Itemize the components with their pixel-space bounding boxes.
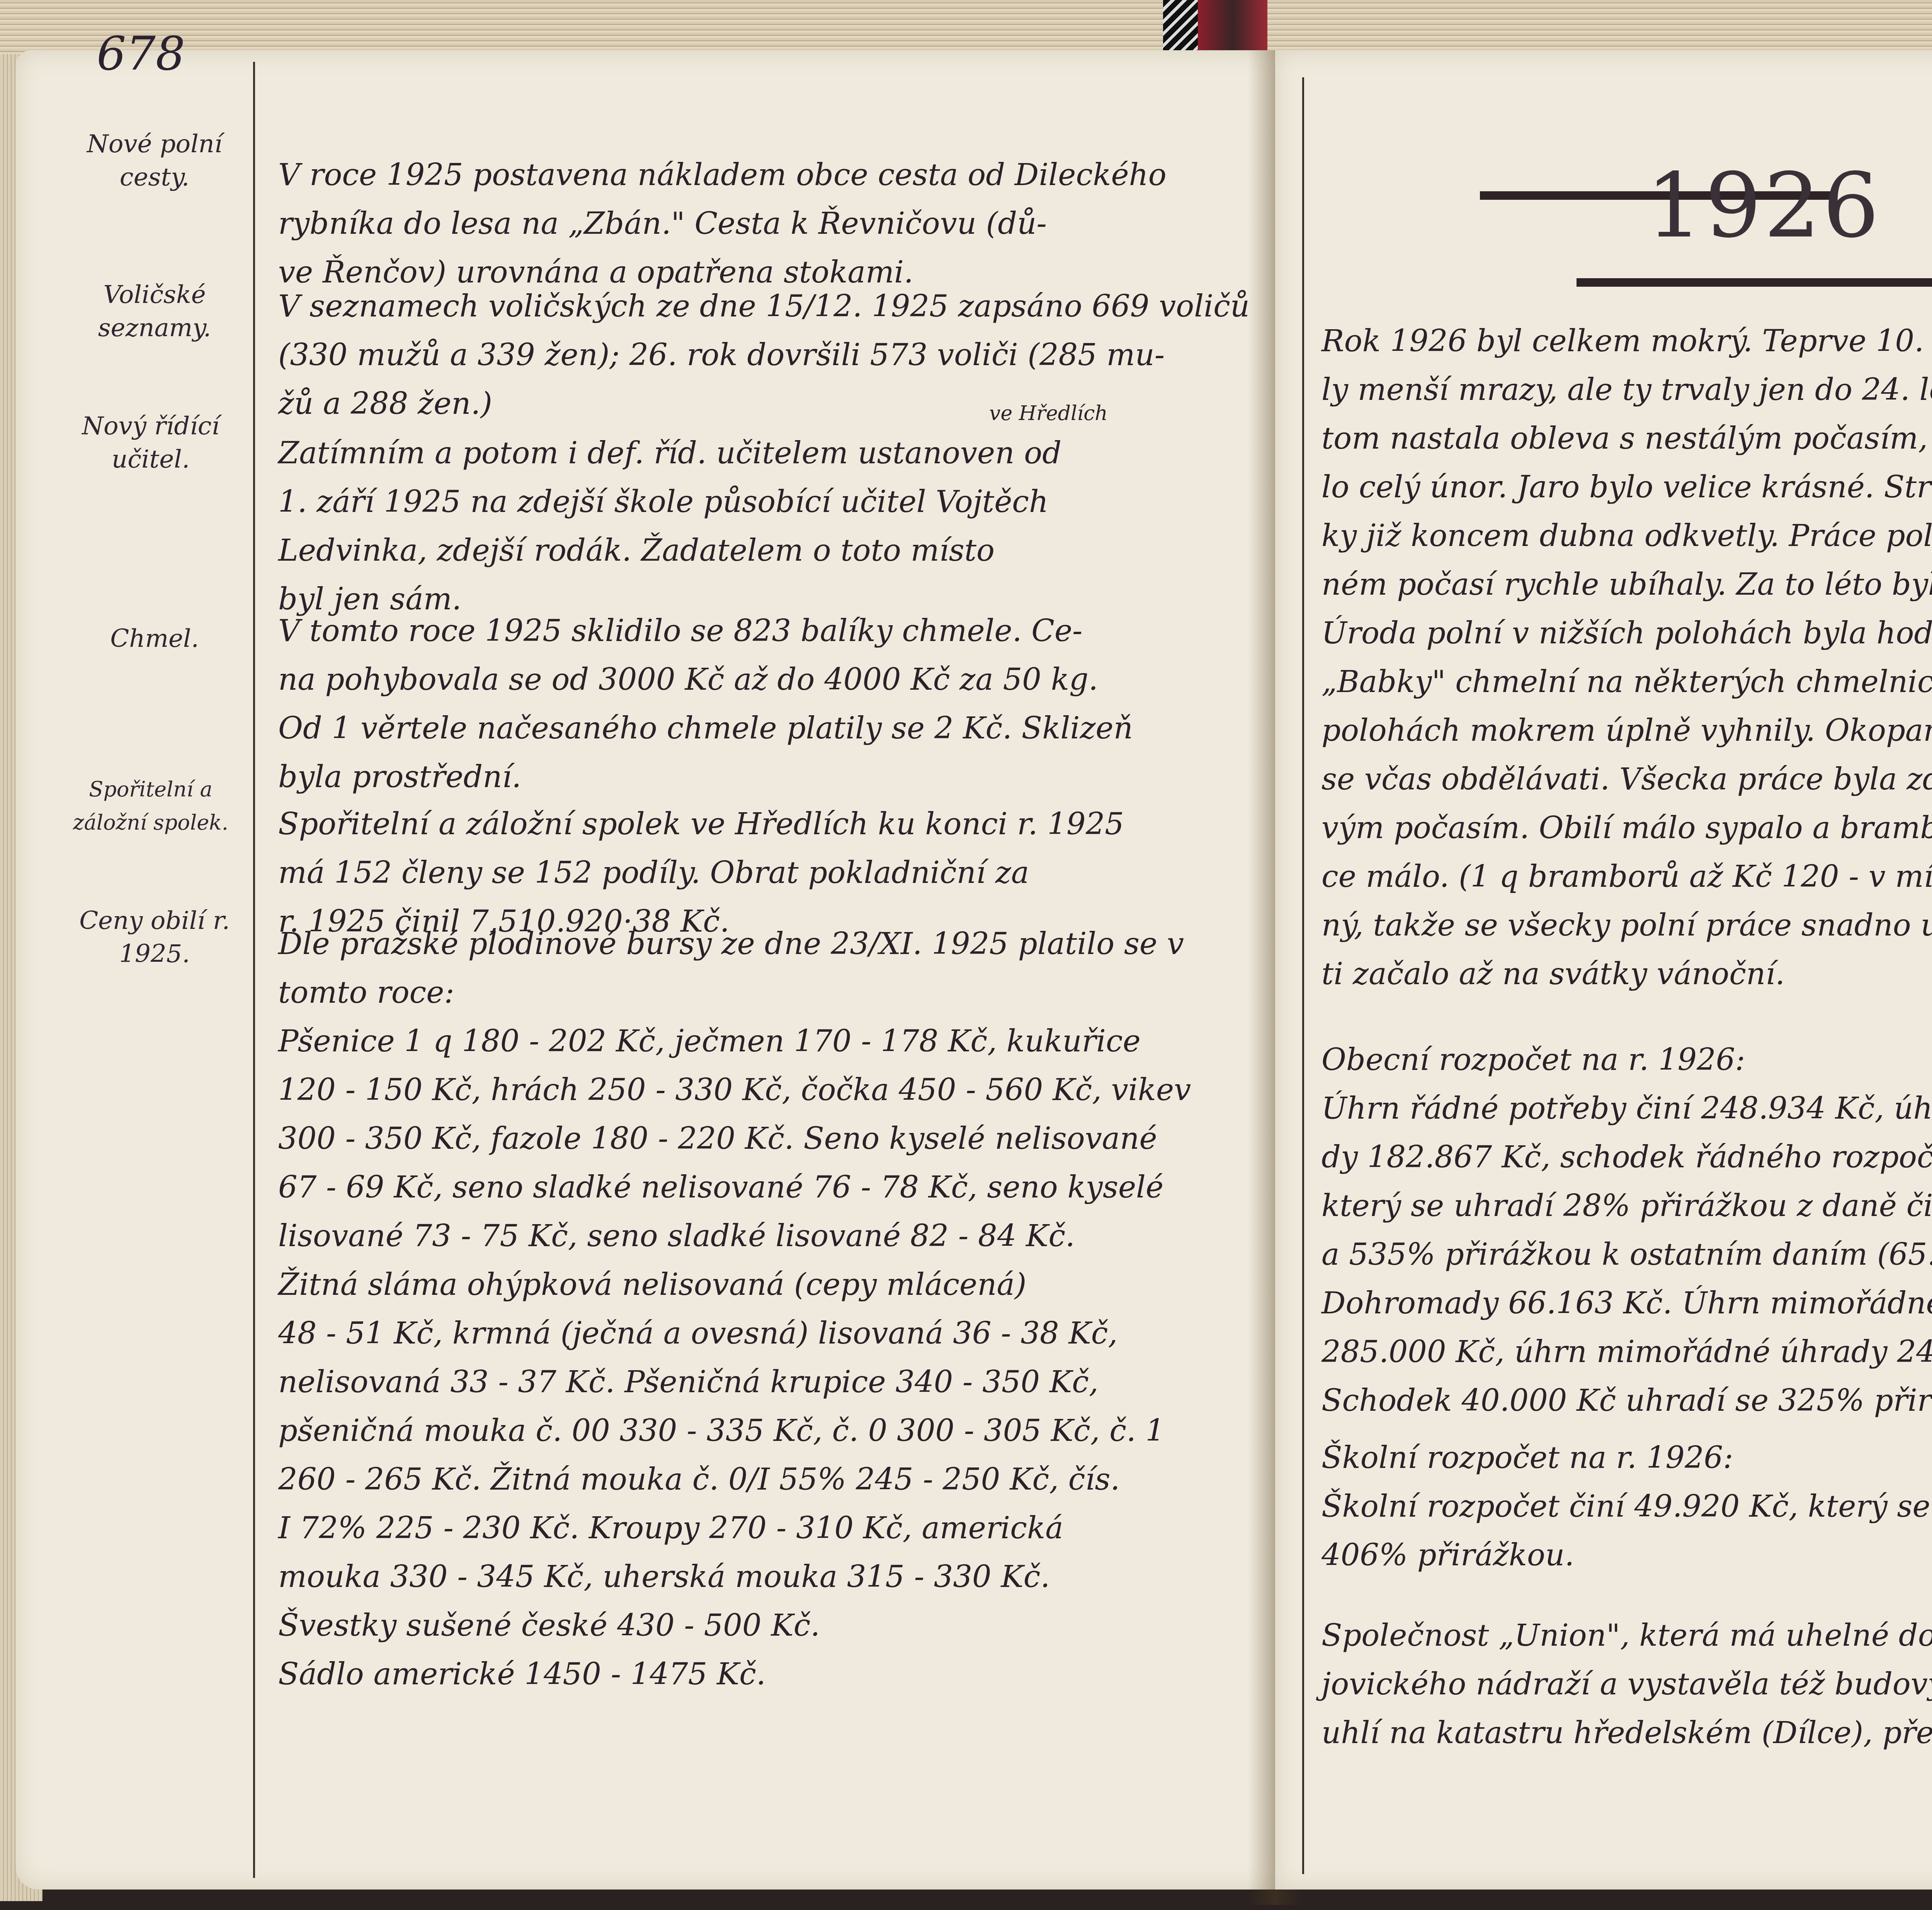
entry-union-mine: Společnost „Union", která má uhelné doly… [1321,1611,1932,1757]
year-heading: 1926 [1646,155,1881,258]
book-cover-edge [1198,0,1267,58]
heading-rule-bottom [1577,278,1932,287]
entry-new-roads: V roce 1925 postavena nákladem obce cest… [278,151,1167,297]
right-page-left-rule [1302,77,1304,1874]
bookmark-ribbon [1163,0,1198,58]
margin-note-new-teacher: Nový řídící učitel. [54,410,247,476]
entry-grain-prices: Dle pražské plodinové bursy ze dne 23/XI… [278,920,1191,1699]
insertion-ve-hredlich: ve Hředlích [989,402,1108,425]
margin-note-hops: Chmel. [62,622,247,655]
margin-note-new-roads: Nové polní cesty. [62,128,247,194]
entry-school-budget: Školní rozpočet na r. 1926: Školní rozpo… [1321,1434,1932,1580]
entry-new-teacher: Zatímním a potom i def. říd. učitelem us… [278,429,1061,624]
margin-note-savings-society: Spořitelní a záložní spolek. [50,773,251,839]
entry-hops: V tomto roce 1925 sklidilo se 823 balíky… [278,607,1133,801]
entry-municipal-budget: Obecní rozpočet na r. 1926: Úhrn řádné p… [1321,1036,1932,1425]
page-number-left: 678 [97,27,185,81]
margin-note-voter-lists: Voličské seznamy. [62,278,247,345]
left-margin-rule [253,62,255,1878]
entry-weather-harvest: Rok 1926 byl celkem mokrý. Teprve 10. le… [1321,317,1932,998]
margin-note-grain-prices: Ceny obilí r. 1925. [62,904,247,971]
